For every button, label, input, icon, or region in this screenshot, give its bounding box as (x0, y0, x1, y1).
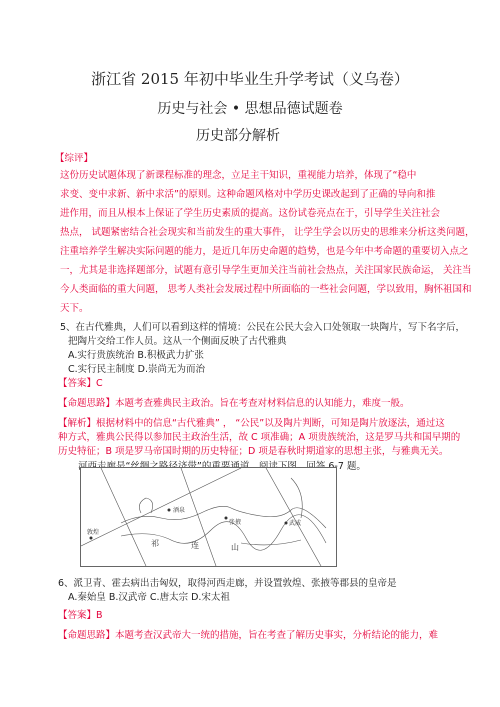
summary-line: 热点， 试题紧密结合社会现实和当前发生的重大事件， 让学生学会以历史的思维来分析… (60, 227, 475, 239)
svg-text:山: 山 (231, 542, 239, 552)
svg-text:酒泉: 酒泉 (173, 506, 185, 514)
summary-line: 一，尤其是非选择题部分，试题有意引导学生更加关注当前社会热点，关注国家民族命运，… (60, 265, 472, 277)
hexi-corridor-map: 敦煌 酒泉 张掖 武威 祁 连 山 (80, 467, 337, 567)
q5-idea: 【命题思路】本题考查雅典民主政治。旨在考查对材料信息的认知能力，难度一般。 (58, 398, 410, 410)
document-title: 浙江省 2015 年初中毕业生升学考试（义乌卷） (0, 68, 500, 89)
svg-text:敦煌: 敦煌 (87, 528, 99, 536)
summary-line: 注重培养学生解决实际问题的能力，是近几年历史命题的趋势，也是今年中考命题的重要切… (60, 246, 469, 258)
svg-text:连: 连 (191, 540, 199, 550)
q5-options: C.实行民主制度 D.崇尚无为而治 (68, 364, 205, 376)
q5-analysis: 历史特征；B 项是罗马帝国时期的历史特征；D 项是春秋时期道家的思想主张，与雅典… (58, 446, 448, 458)
q5-analysis: 【解析】根据材料中的信息“古代雅典” ， “公民”以及陶片判断，可知是陶片放逐法… (58, 418, 445, 430)
document-section-title: 历史部分解析 (0, 125, 488, 145)
q6-stem: 6、派卫青、霍去病出击匈奴，取得河西走廊，并设置敦煌、张掖等郡县的皇帝是 (58, 578, 397, 590)
q5-stem: 5、在古代雅典，人们可以看到这样的情境：公民在公民大会入口处领取一块陶片，写下名… (60, 322, 465, 334)
q5-options: A.实行贵族统治 B.积极武力扩张 (68, 350, 204, 362)
summary-line: 进作用，而且从根本上保证了学生历史素质的提高。这份试卷亮点在于，引导学生关注社会 (60, 208, 440, 220)
svg-text:张掖: 张掖 (229, 518, 241, 526)
svg-text:祁: 祁 (151, 538, 159, 548)
summary-line: 今人类面临的重大问题， 思考人类社会发展过程中所面临的一些社会问题，学以致用，胸… (60, 284, 472, 296)
q6-idea: 【命题思路】本题考查汉武帝大一统的措施，旨在考查了解历史事实，分析结论的能力，难 (58, 630, 438, 642)
q6-answer: 【答案】B (58, 610, 103, 622)
q5-stem: 把陶片交给工作人员。这从一个侧面反映了古代雅典 (68, 336, 287, 348)
summary-line: 求变、变中求新、新中求活”的原则。这种命题风格对中学历史课改起到了正确的导向和推 (60, 189, 435, 201)
q5-answer: 【答案】C (58, 378, 103, 390)
summary-line: 天下。 (60, 303, 89, 315)
document-subtitle: 历史与社会 • 思想品德试题卷 (0, 98, 500, 118)
q6-options: A.秦始皇 B.汉武帝 C.唐太宗 D.宋太祖 (68, 592, 230, 604)
summary-label: 【综评】 (55, 150, 93, 164)
summary-line: 这份历史试题体现了新课程标准的理念，立足主干知识，重视能力培养，体现了“稳中 (60, 170, 416, 182)
q5-analysis: 种方式，雅典公民得以参加民主政治生活，故 C 项准确；A 项贵族统治，这是罗马共… (58, 432, 460, 444)
map-graphic: 敦煌 酒泉 张掖 武威 祁 连 山 (81, 468, 336, 566)
svg-text:武威: 武威 (289, 519, 301, 527)
